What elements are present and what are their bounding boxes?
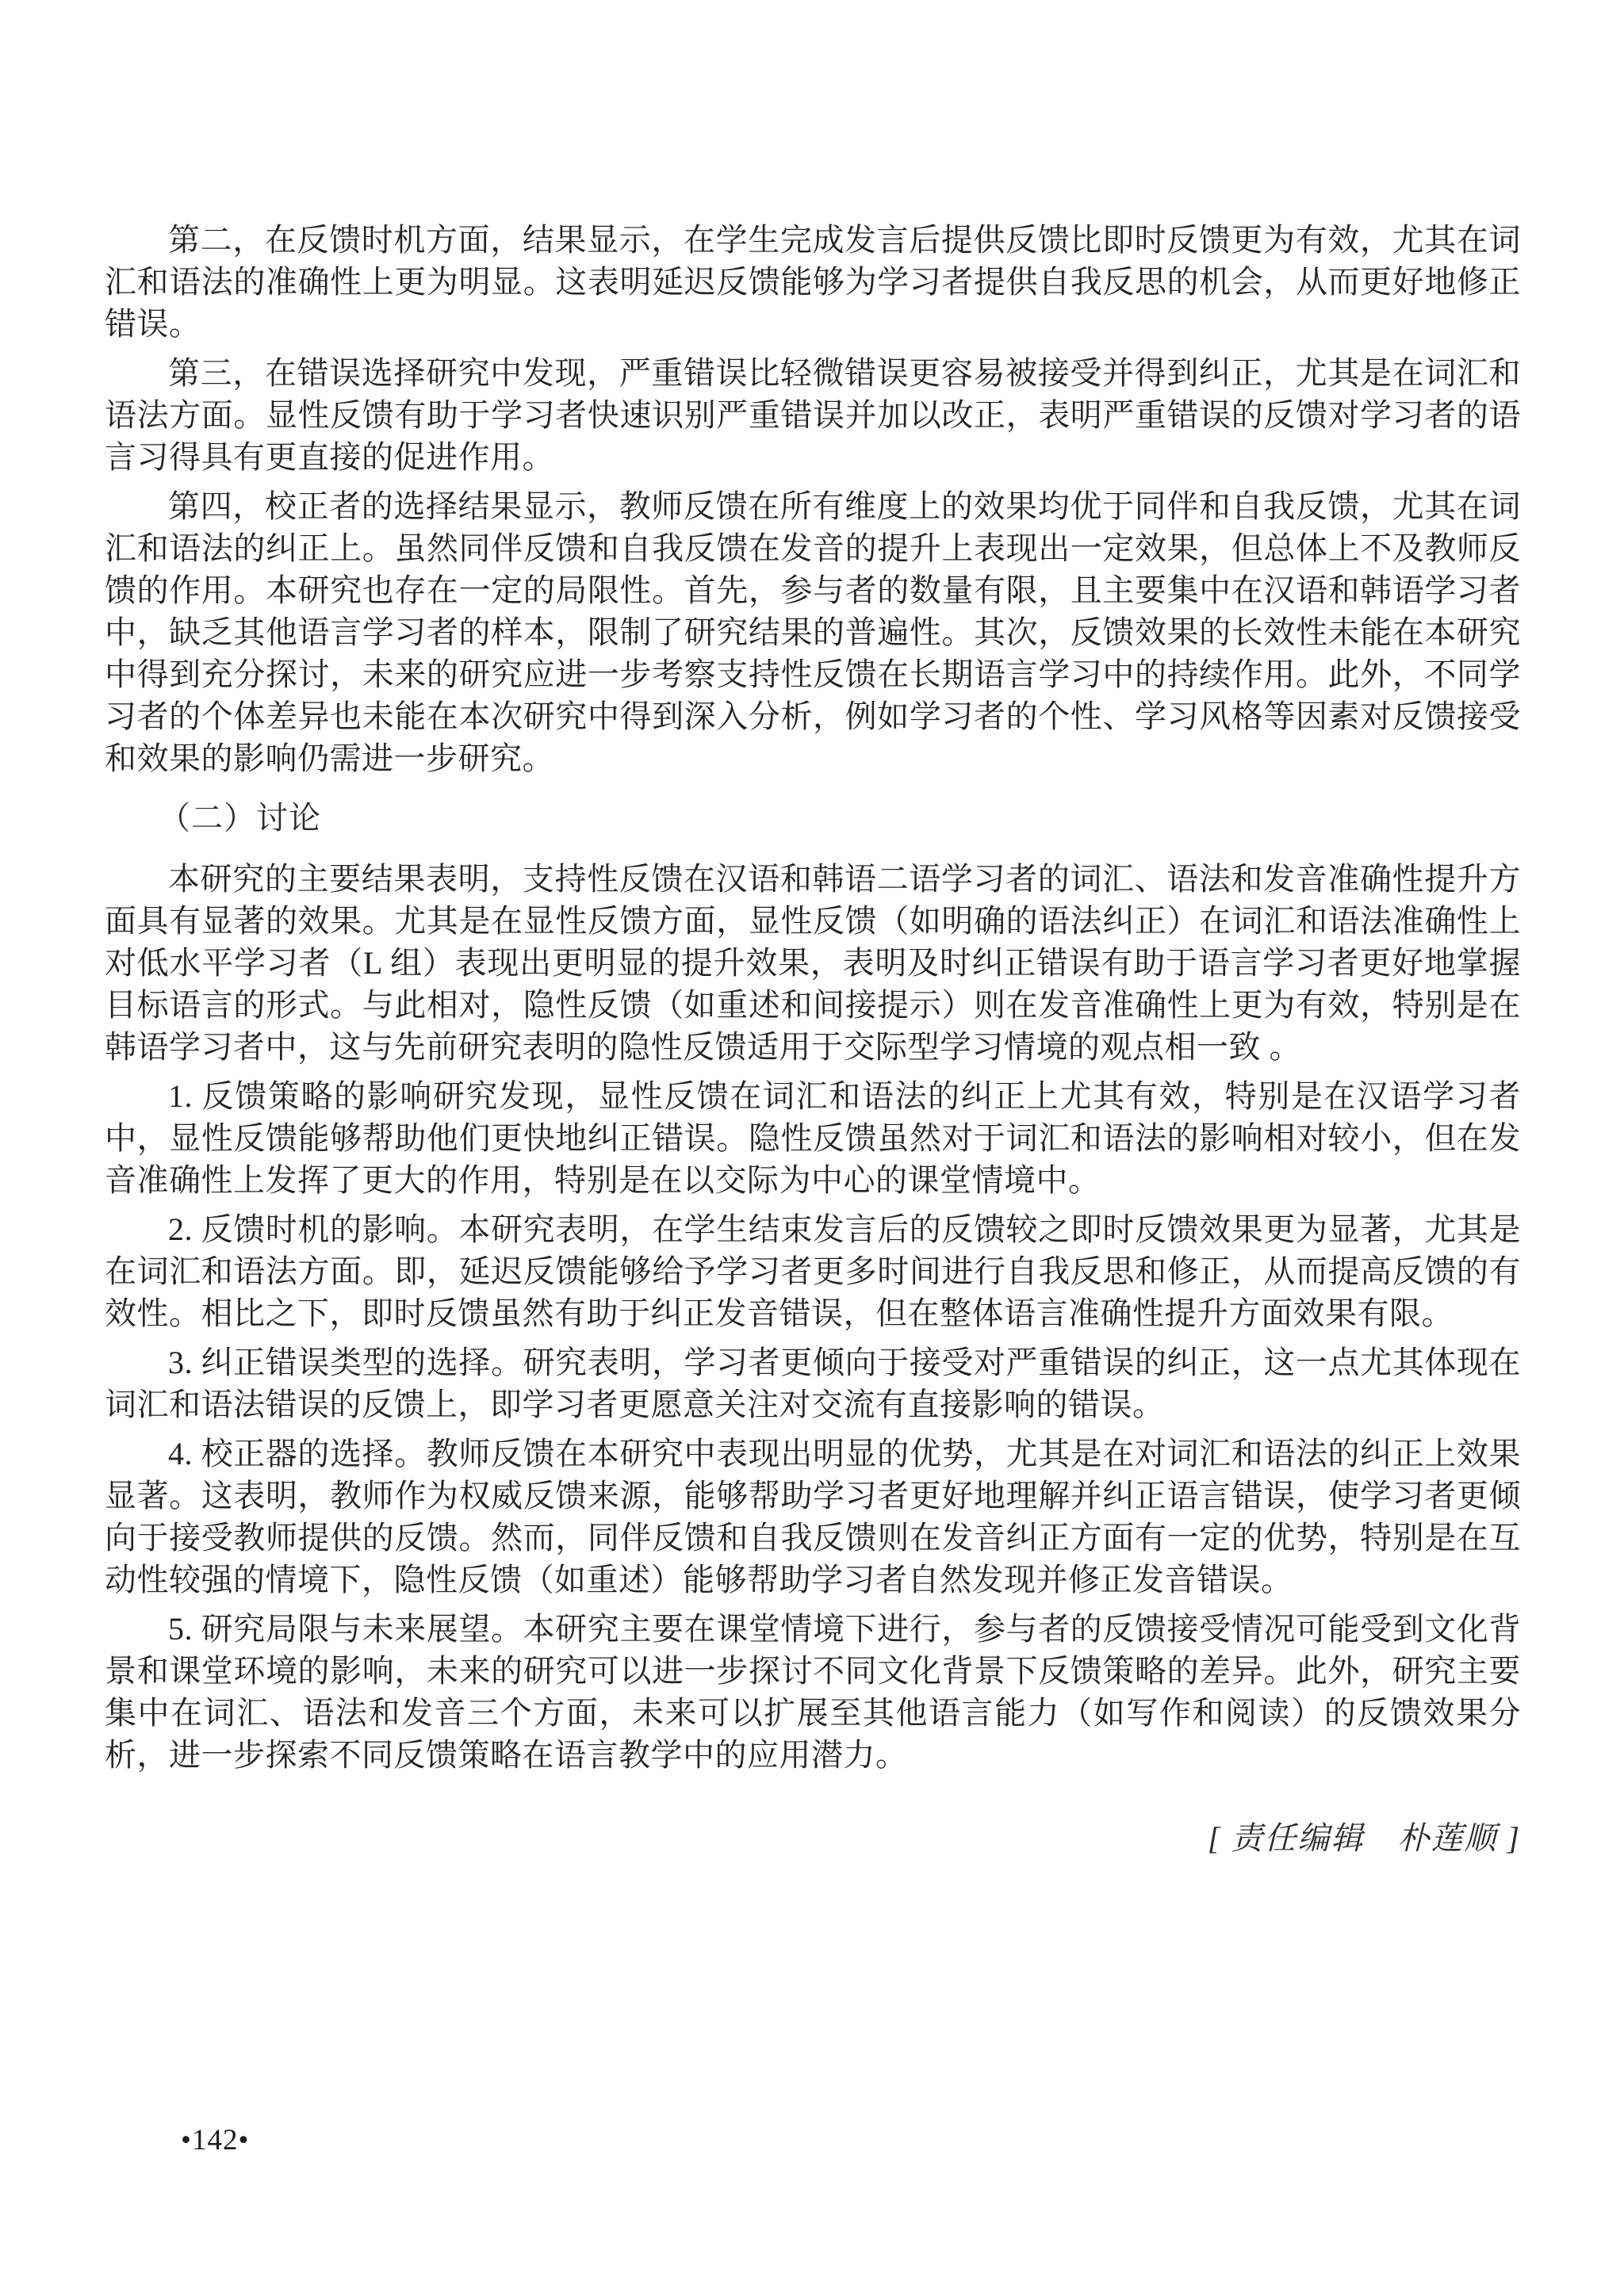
paragraph-point-1-feedback-strategy: 1. 反馈策略的影响研究发现，显性反馈在词汇和语法的纠正上尤其有效，特别是在汉语… [105, 1075, 1521, 1201]
paragraph-point-2-feedback-timing: 2. 反馈时机的影响。本研究表明，在学生结束发言后的反馈较之即时反馈效果更为显著… [105, 1208, 1521, 1334]
paragraph-error-selection: 第三，在错误选择研究中发现，严重错误比轻微错误更容易被接受并得到纠正，尤其是在词… [105, 352, 1521, 478]
editor-credit: [ 责任编辑 朴莲顺 ] [105, 1817, 1521, 1859]
paragraph-point-3-error-type: 3. 纠正错误类型的选择。研究表明，学习者更倾向于接受对严重错误的纠正，这一点尤… [105, 1341, 1521, 1425]
paragraph-point-5-limitations-future: 5. 研究局限与未来展望。本研究主要在课堂情境下进行，参与者的反馈接受情况可能受… [105, 1608, 1521, 1776]
paragraph-point-4-corrector: 4. 校正器的选择。教师反馈在本研究中表现出明显的优势，尤其是在对词汇和语法的纠… [105, 1433, 1521, 1601]
page-content: 第二，在反馈时机方面，结果显示，在学生完成发言后提供反馈比即时反馈更为有效，尤其… [105, 219, 1521, 1859]
paragraph-feedback-timing: 第二，在反馈时机方面，结果显示，在学生完成发言后提供反馈比即时反馈更为有效，尤其… [105, 219, 1521, 345]
paragraph-corrector-choice-limitations: 第四，校正者的选择结果显示，教师反馈在所有维度上的效果均优于同伴和自我反馈，尤其… [105, 485, 1521, 779]
paragraph-main-results: 本研究的主要结果表明，支持性反馈在汉语和韩语二语学习者的词汇、语法和发音准确性提… [105, 858, 1521, 1068]
section-heading-discussion: （二）讨论 [105, 797, 1521, 839]
page-number: •142• [181, 2125, 249, 2156]
document-page: 第二，在反馈时机方面，结果显示，在学生完成发言后提供反馈比即时反馈更为有效，尤其… [0, 0, 1624, 2296]
